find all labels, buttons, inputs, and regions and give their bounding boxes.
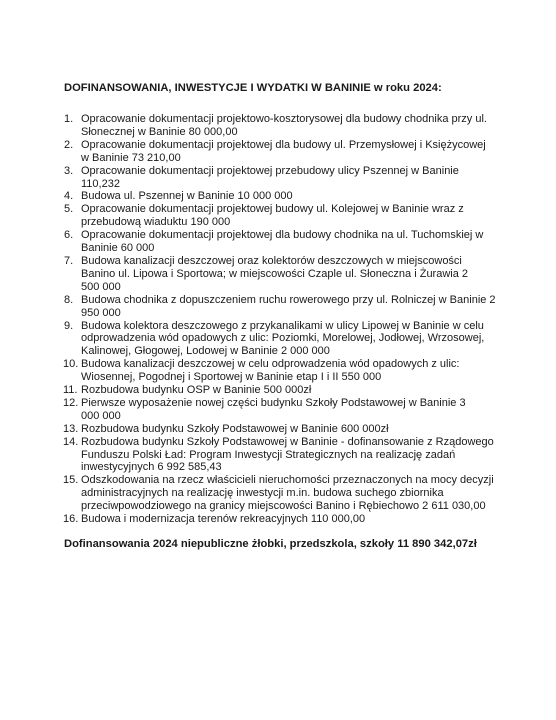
list-item-text-line: Rozbudowa budynku Szkoły Podstawowej w B… bbox=[81, 423, 504, 436]
list-item-text-line: Opracowanie dokumentacji projektowej bud… bbox=[81, 203, 504, 216]
list-item: 8.Budowa chodnika z dopuszczeniem ruchu … bbox=[64, 294, 504, 320]
list-item: 14.Rozbudowa budynku Szkoły Podstawowej … bbox=[64, 436, 504, 475]
document-page: DOFINANSOWANIA, INWESTYCJE I WYDATKI W B… bbox=[64, 82, 504, 551]
list-item-text-line: 500 000 bbox=[81, 281, 504, 294]
list-item-number: 12. bbox=[63, 397, 78, 410]
list-item-text-line: Opracowanie dokumentacji projektowo-kosz… bbox=[81, 113, 504, 126]
list-item-number: 9. bbox=[64, 320, 73, 333]
list-item-text-line: Wiosennej, Pogodnej i Sportowej w Banini… bbox=[81, 371, 504, 384]
list-item: 6.Opracowanie dokumentacji projektowej d… bbox=[64, 229, 504, 255]
list-item-text-line: Pierwsze wyposażenie nowej części budynk… bbox=[81, 397, 504, 410]
list-item-text-line: Opracowanie dokumentacji projektowej dla… bbox=[81, 139, 504, 152]
list-item-text-line: Odszkodowania na rzecz właścicieli nieru… bbox=[81, 474, 504, 487]
list-item-number: 15. bbox=[63, 474, 78, 487]
list-item-number: 16. bbox=[63, 513, 78, 526]
list-item-text-line: Budowa kolektora deszczowego z przykanal… bbox=[81, 320, 504, 333]
list-item-number: 14. bbox=[63, 436, 78, 449]
list-item-text-line: administracyjnych na realizację inwestyc… bbox=[81, 487, 504, 500]
list-item-number: 2. bbox=[64, 139, 73, 152]
list-item: 4.Budowa ul. Pszennej w Baninie 10 000 0… bbox=[64, 190, 504, 203]
list-item-number: 5. bbox=[64, 203, 73, 216]
list-item-number: 13. bbox=[63, 423, 78, 436]
list-item-number: 6. bbox=[64, 229, 73, 242]
list-item-text-line: Opracowanie dokumentacji projektowej prz… bbox=[81, 165, 504, 178]
list-item-text-line: 000 000 bbox=[81, 410, 504, 423]
document-title: DOFINANSOWANIA, INWESTYCJE I WYDATKI W B… bbox=[64, 82, 504, 95]
list-item-number: 8. bbox=[64, 294, 73, 307]
list-item: 16.Budowa i modernizacja terenów rekreac… bbox=[64, 513, 504, 526]
list-item-text-line: Budowa kanalizacji deszczowej w celu odp… bbox=[81, 358, 504, 371]
list-item-text-line: przebudową wiaduktu 190 000 bbox=[81, 216, 504, 229]
list-item-number: 11. bbox=[63, 384, 77, 397]
list-item: 13.Rozbudowa budynku Szkoły Podstawowej … bbox=[64, 423, 504, 436]
list-item-text-line: Słonecznej w Baninie 80 000,00 bbox=[81, 126, 504, 139]
list-item: 7.Budowa kanalizacji deszczowej oraz kol… bbox=[64, 255, 504, 294]
list-item-text-line: Opracowanie dokumentacji projektowej dla… bbox=[81, 229, 504, 242]
list-item-text-line: odprowadzenia wód opadowych z ulic: Pozi… bbox=[81, 332, 504, 345]
list-item: 3.Opracowanie dokumentacji projektowej p… bbox=[64, 165, 504, 191]
list-item: 9.Budowa kolektora deszczowego z przykan… bbox=[64, 320, 504, 359]
list-item-text-line: Funduszu Polski Ład: Program Inwestycji … bbox=[81, 449, 504, 462]
list-item-text-line: Budowa kanalizacji deszczowej oraz kolek… bbox=[81, 255, 504, 268]
list-item-text-line: w Baninie 73 210,00 bbox=[81, 152, 504, 165]
list-item-text-line: przeciwpowodziowego na granicy miejscowo… bbox=[81, 500, 504, 513]
list-item-text-line: Rozbudowa budynku OSP w Baninie 500 000z… bbox=[81, 384, 504, 397]
list-item: 15.Odszkodowania na rzecz właścicieli ni… bbox=[64, 474, 504, 513]
list-item-text-line: Rozbudowa budynku Szkoły Podstawowej w B… bbox=[81, 436, 504, 449]
list-item: 10.Budowa kanalizacji deszczowej w celu … bbox=[64, 358, 504, 384]
list-item-text-line: Budowa ul. Pszennej w Baninie 10 000 000 bbox=[81, 190, 504, 203]
list-item-number: 7. bbox=[64, 255, 73, 268]
investment-list: 1.Opracowanie dokumentacji projektowo-ko… bbox=[64, 113, 504, 526]
list-item-number: 10. bbox=[63, 358, 78, 371]
list-item: 12.Pierwsze wyposażenie nowej części bud… bbox=[64, 397, 504, 423]
list-item-text-line: Banino ul. Lipowa i Sportowa; w miejscow… bbox=[81, 268, 504, 281]
list-item-text-line: Budowa i modernizacja terenów rekreacyjn… bbox=[81, 513, 504, 526]
list-item-text-line: 110,232 bbox=[81, 178, 504, 191]
list-item: 2.Opracowanie dokumentacji projektowej d… bbox=[64, 139, 504, 165]
list-item-text-line: 950 000 bbox=[81, 307, 504, 320]
list-item-text-line: inwestycyjnych 6 992 585,43 bbox=[81, 461, 504, 474]
list-item: 5.Opracowanie dokumentacji projektowej b… bbox=[64, 203, 504, 229]
list-item-number: 4. bbox=[64, 190, 73, 203]
summary-line: Dofinansowania 2024 niepubliczne żłobki,… bbox=[64, 538, 504, 551]
list-item-text-line: Kalinowej, Głogowej, Lodowej w Baninie 2… bbox=[81, 345, 504, 358]
list-item-number: 1. bbox=[64, 113, 73, 126]
list-item: 1.Opracowanie dokumentacji projektowo-ko… bbox=[64, 113, 504, 139]
list-item-number: 3. bbox=[64, 165, 73, 178]
list-item-text-line: Baninie 60 000 bbox=[81, 242, 504, 255]
list-item: 11.Rozbudowa budynku OSP w Baninie 500 0… bbox=[64, 384, 504, 397]
list-item-text-line: Budowa chodnika z dopuszczeniem ruchu ro… bbox=[81, 294, 504, 307]
